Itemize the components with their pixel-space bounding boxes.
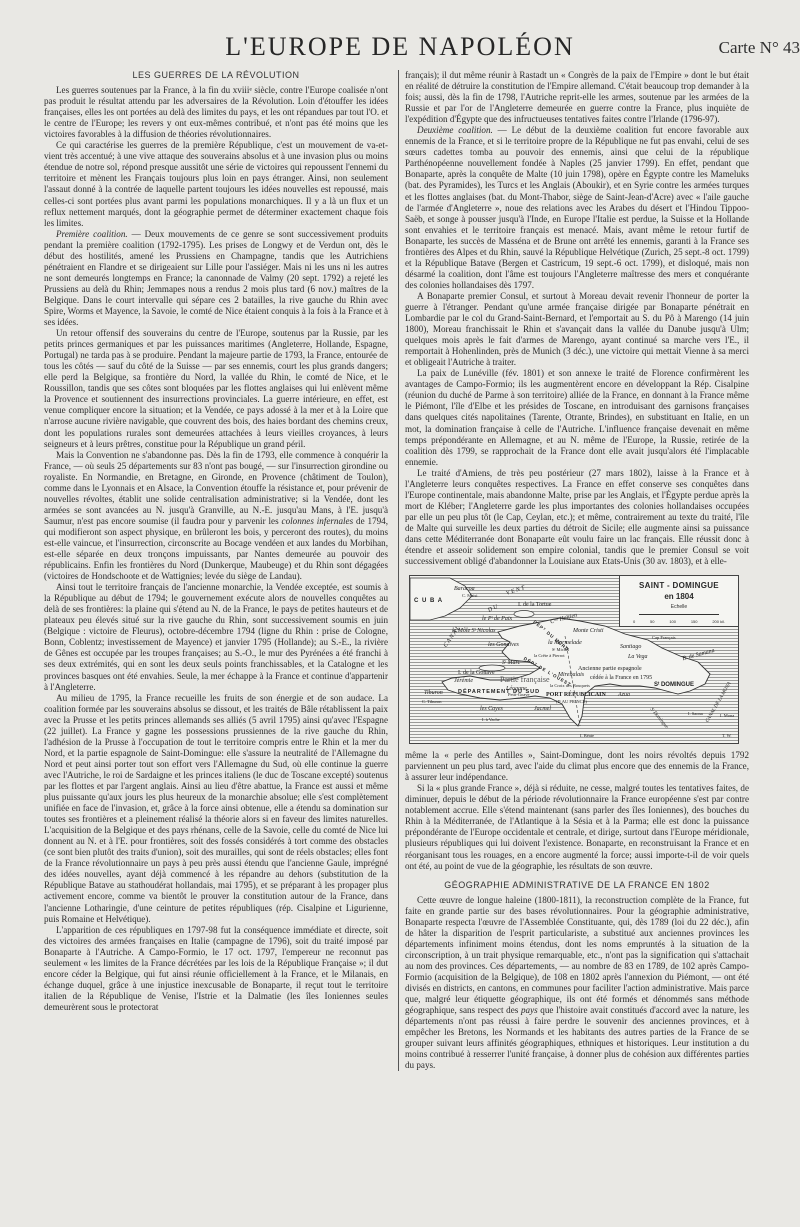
section-heading-admin-geography: GÉOGRAPHIE ADMINISTRATIVE DE LA FRANCE E… (405, 880, 749, 891)
map-number: Carte N° 43 (680, 38, 800, 58)
map-label-jeremie: Jérémie (454, 678, 473, 684)
map-label-vache: I. à Vache (482, 718, 500, 723)
paragraph: français); il dut même réunir à Rastadt … (405, 70, 749, 125)
emphasis-text: pays (521, 1005, 538, 1015)
map-label-azua: Azua (618, 692, 630, 698)
map-label-jacmel: Jacmel (534, 706, 551, 712)
map-label-cedee: cédée à la France en 1795 (590, 675, 652, 681)
scale-tick: 0 (633, 616, 635, 627)
map-label-c-tiburon: C. Tiburon (422, 700, 442, 705)
map-label-saona: I. Saona (688, 712, 703, 717)
map-label-tortue: I. de la Tortue (518, 602, 551, 608)
map-label-port-au-prince: (Pᵗ AU PRINCE) (556, 700, 587, 705)
paragraph: Si la « plus grande France », déjà si ré… (405, 783, 749, 871)
second-coalition-lead: Deuxième coalition. (417, 125, 493, 135)
map-label-cap-francais: Cap Français (652, 636, 676, 641)
map-label-c-maisi: C. Maisi (462, 594, 478, 599)
map-label-ancienne-partie: Ancienne partie espagnole (578, 666, 642, 672)
map-label-dept-sud: DÉPARTEMENT DU SUD (458, 690, 540, 696)
paragraph-text: Mais la Convention ne s'abandonne pas. D… (44, 450, 388, 526)
map-label-gonaives: les Gonaïves (488, 642, 519, 648)
scale-tick: 150 (691, 616, 698, 627)
map-legend: SAINT - DOMINGUE en 1804 Echelle 0 50 10… (619, 576, 738, 627)
emphasis-text: colonnes infernales (282, 516, 354, 526)
map-label-cayes: les Cayes (480, 706, 503, 712)
right-column: français); il dut même réunir à Rastadt … (398, 70, 749, 1071)
scale-tick: 100 (669, 616, 676, 627)
map-label-la-vega: La Vega (628, 654, 648, 660)
scale-bar (639, 614, 719, 615)
map-label-gonave: I. de la Gonave (458, 670, 495, 676)
scale-tick: 50 (650, 616, 654, 627)
map-label-st-domingue-city: Sᵗ DOMINGUE (654, 682, 694, 688)
paragraph: Les guerres soutenues par la France, à l… (44, 85, 388, 140)
map-label-tiburon: Tiburon (424, 690, 443, 696)
paragraph: Cette œuvre de longue haleine (1800-1811… (405, 895, 749, 1072)
map-label-initials: T. W. (722, 734, 732, 739)
map-label-cuba: C U B A (414, 598, 443, 604)
paragraph-text: — Deux mouvements de ce genre se sont su… (44, 229, 388, 327)
paragraph: même la « perle des Antilles », Saint-Do… (405, 750, 749, 783)
left-column: LES GUERRES DE LA RÉVOLUTION Les guerres… (44, 70, 388, 1013)
map-label-port-de-paix: le Pᵗ de Paix (482, 616, 512, 622)
paragraph-text: Cette œuvre de longue haleine (1800-1811… (405, 895, 749, 1015)
map-label-beate: I. Béate (580, 734, 594, 739)
paragraph-first-coalition: Première coalition. — Deux mouvements de… (44, 229, 388, 328)
paragraph: Ce qui caractérise les guerres de la pre… (44, 140, 388, 228)
scale-tick: 200 kil. (712, 616, 725, 627)
scale-ticks: 0 50 100 150 200 kil. (633, 616, 725, 627)
paragraph: La paix de Lunéville (fév. 1801) et son … (405, 368, 749, 467)
scale-label: Echelle (620, 602, 738, 613)
paragraph: Le traité d'Amiens, de très peu postérie… (405, 468, 749, 567)
map-label-monte-cristi: Monte Cristi (573, 628, 604, 634)
saint-domingue-map: C U B A Baracoa C. Maisi I. de la Tortue… (409, 575, 739, 744)
map-label-baracoa: Baracoa (454, 586, 475, 592)
map-label-partie-francaise: Partie française (500, 676, 550, 684)
map-label-santiago: Santiago (620, 644, 641, 650)
paragraph: Un retour offensif des souverains du cen… (44, 328, 388, 450)
paragraph: Au milieu de 1795, la France recueille l… (44, 693, 388, 925)
paragraph: L'apparition de ces républiques en 1797-… (44, 925, 388, 1013)
map-label-st-marc: Sᵗ Marc (502, 660, 520, 666)
section-heading-revolution-wars: LES GUERRES DE LA RÉVOLUTION (44, 70, 388, 81)
paragraph: A Bonaparte premier Consul, et surtout à… (405, 291, 749, 368)
map-label-port-republicain: PORT RÉPUBLICAIN (546, 692, 606, 698)
paragraph-text: — Le début de la deuxième coalition fut … (405, 125, 749, 290)
paragraph: Mais la Convention ne s'abandonne pas. D… (44, 450, 388, 583)
first-coalition-lead: Première coalition. (56, 229, 128, 239)
map-label-mole: le Môle Sᵗ Nicolas (452, 628, 496, 634)
map-title: SAINT - DOMINGUE (620, 580, 738, 591)
map-label-mona: I. Mona (720, 714, 734, 719)
paragraph: Ainsi tout le territoire français de l'a… (44, 582, 388, 692)
paragraph-second-coalition: Deuxième coalition. — Le début de la deu… (405, 125, 749, 291)
map-label-crete-pierrot: la Crête à Pierrot (534, 654, 565, 659)
map-subtitle: en 1804 (620, 591, 738, 602)
